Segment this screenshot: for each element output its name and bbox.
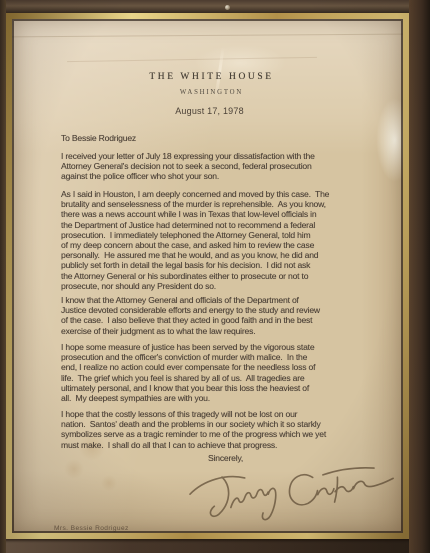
frame-top: [0, 0, 430, 13]
framed-letter-photo: THE WHITE HOUSE WASHINGTON August 17, 19…: [0, 0, 430, 553]
frame-bottom: [0, 539, 430, 553]
gold-trim: [5, 12, 410, 540]
frame-right: [409, 0, 430, 553]
frame-nail: [225, 5, 230, 10]
frame-left: [0, 0, 6, 553]
